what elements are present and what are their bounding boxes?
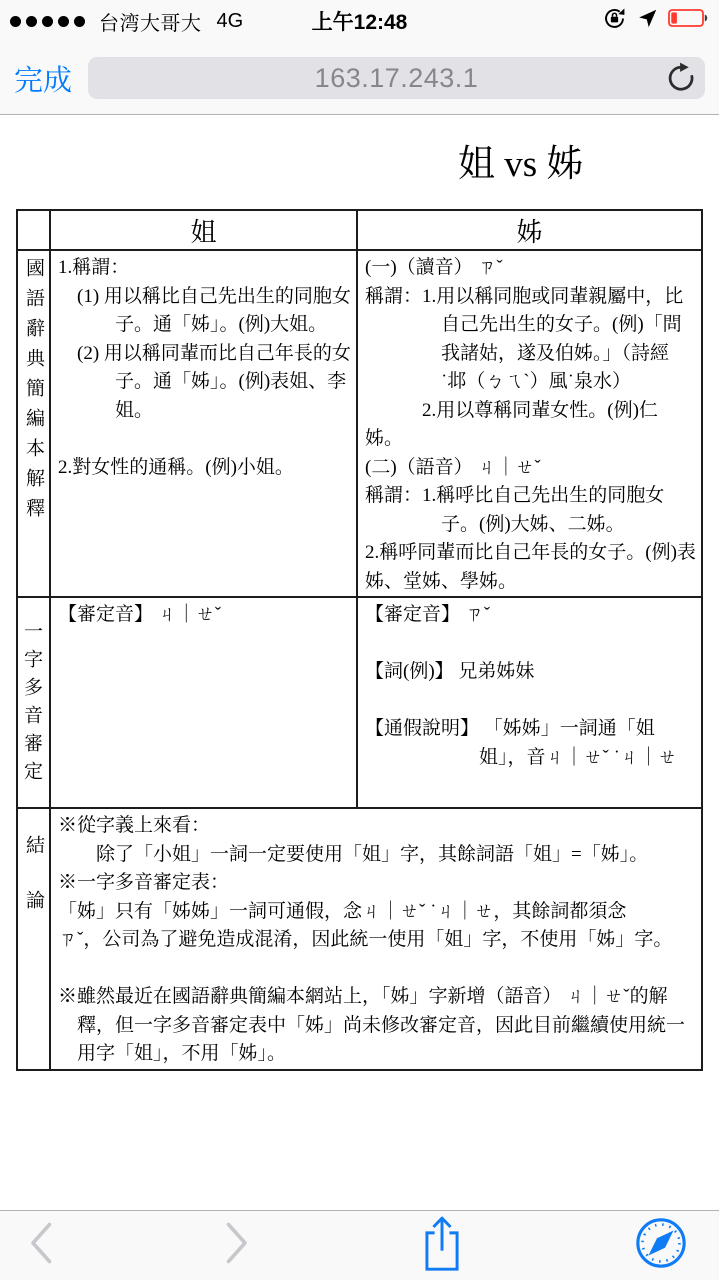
back-button[interactable] (28, 1221, 54, 1270)
table-row-conclusion: 結論 ※從字義上來看： 除了「小姐」一詞一定要使用「姐」字，其餘詞語「姐」=「姊… (17, 808, 702, 1070)
signal-strength-icon (10, 16, 90, 27)
row-label-cell: 結論 (17, 808, 50, 1070)
url-field[interactable]: 163.17.243.1 (88, 57, 705, 99)
pronunciation-jie-cell: 【審定音】 ㄐ｜ㄝˇ (50, 597, 357, 808)
table-row-pronunciation: 一字多音審定表 【審定音】 ㄐ｜ㄝˇ 【審定音】 ㄗˇ 【詞(例)】 兄弟姊妹 … (17, 597, 702, 808)
reload-icon[interactable] (665, 62, 697, 99)
table-row-dictionary: 國語辭典簡編本解釋 1.稱謂： (1) 用以稱比自己先出生的同胞女 子。通「姊」… (17, 250, 702, 597)
done-button[interactable]: 完成 (14, 58, 72, 99)
rotation-lock-icon (602, 6, 627, 37)
back-chevron-icon (28, 1221, 54, 1270)
status-right (407, 6, 709, 37)
carrier-name: 台湾大哥大 (99, 7, 202, 36)
dictionary-jie-cell: 1.稱謂： (1) 用以稱比自己先出生的同胞女 子。通「姊」。(例)大姐。 (2… (50, 250, 357, 597)
conclusion-cell: ※從字義上來看： 除了「小姐」一詞一定要使用「姐」字，其餘詞語「姐」=「姊」。 … (50, 808, 702, 1070)
header-empty-cell (17, 210, 50, 250)
status-time: 上午12:48 (312, 6, 408, 36)
battery-low-icon (668, 8, 709, 34)
row-label-dictionary: 國語辭典簡編本解釋 (20, 251, 47, 528)
safari-bottom-toolbar (0, 1210, 719, 1280)
browser-chrome-top: 台湾大哥大 4G 上午12:48 (0, 0, 719, 115)
url-text: 163.17.243.1 (315, 63, 479, 94)
web-page-content: 姐 vs 姊 姐 姊 國語辭典簡編本解釋 1.稱謂： (1) 用以稱比自己先出生… (0, 115, 719, 1210)
header-zi-cell: 姊 (357, 210, 702, 250)
status-left: 台湾大哥大 4G (10, 7, 312, 36)
share-button[interactable] (419, 1214, 465, 1277)
row-label-cell: 國語辭典簡編本解釋 (17, 250, 50, 597)
row-label-pronunciation: 一字多音審定表 (18, 598, 50, 802)
table-header-row: 姐 姊 (17, 210, 702, 250)
status-bar: 台湾大哥大 4G 上午12:48 (0, 0, 719, 42)
share-icon (419, 1214, 465, 1277)
page-title: 姐 vs 姊 (458, 133, 583, 187)
dictionary-zi-cell: (一)（讀音） ㄗˇ 稱謂：1.用以稱同胞或同輩親屬中，比 自己先出生的女子。(… (357, 250, 702, 597)
forward-chevron-icon (224, 1221, 250, 1270)
comparison-table: 姐 姊 國語辭典簡編本解釋 1.稱謂： (1) 用以稱比自己先出生的同胞女 子。… (16, 209, 703, 1071)
header-jie-cell: 姐 (50, 210, 357, 250)
location-arrow-icon (637, 8, 658, 35)
pronunciation-zi-cell: 【審定音】 ㄗˇ 【詞(例)】 兄弟姊妹 【通假說明】 「姊姊」一詞通「姐 姐」… (357, 597, 702, 808)
safari-nav-bar: 完成 163.17.243.1 (0, 42, 719, 114)
safari-compass-icon (635, 1217, 687, 1274)
forward-button[interactable] (224, 1221, 250, 1270)
open-in-safari-button[interactable] (635, 1217, 687, 1274)
row-label-conclusion: 結論 (20, 809, 47, 945)
row-label-cell: 一字多音審定表 (17, 597, 50, 808)
network-type: 4G (217, 10, 244, 33)
